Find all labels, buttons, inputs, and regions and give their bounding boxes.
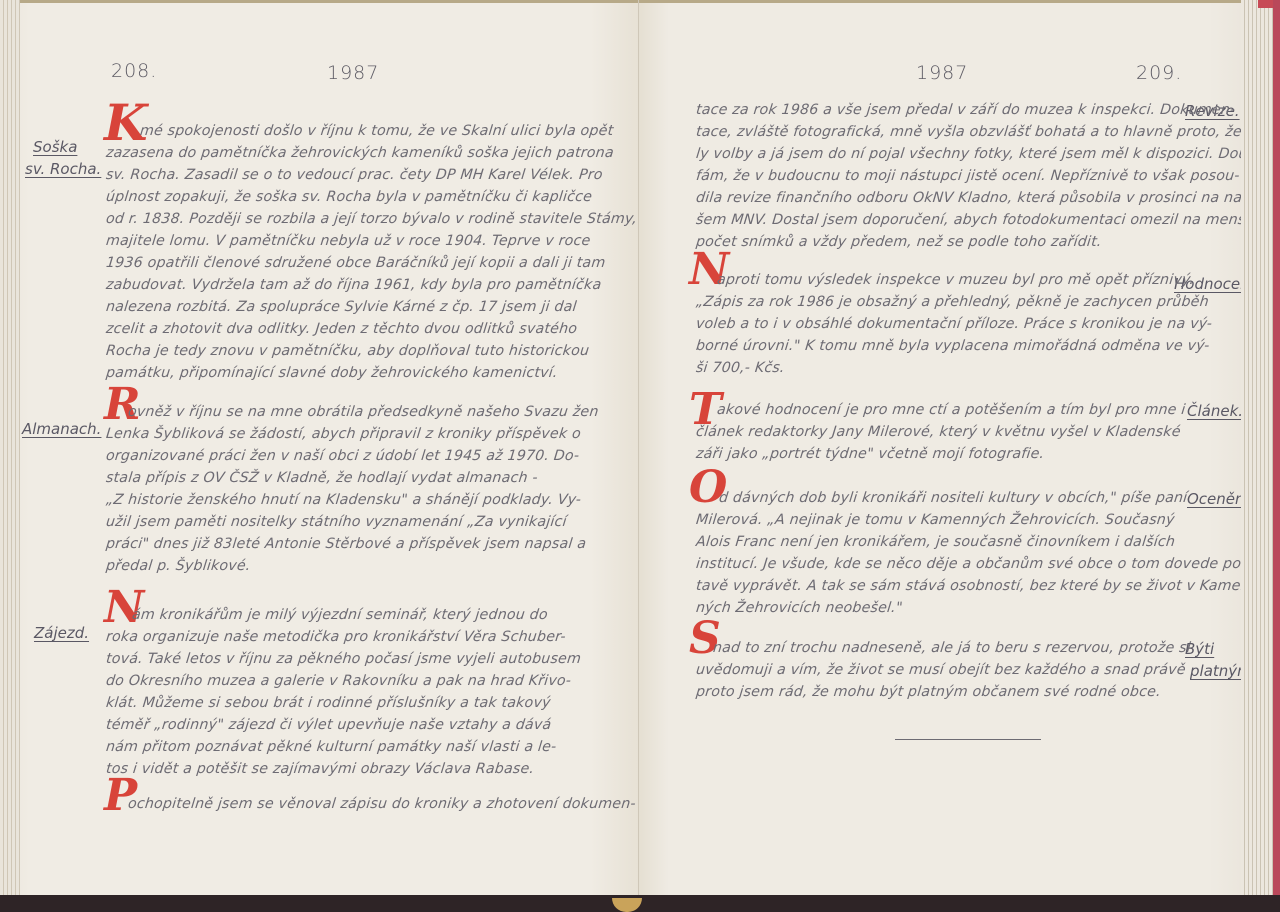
text-line: ochopitelně jsem se věnoval zápisu do kr… — [127, 796, 636, 812]
text-line: fám, že v budoucnu to moji nástupci jist… — [695, 168, 1240, 184]
text-line: užil jsem paměti nositelky státního vyzn… — [105, 514, 567, 530]
text-line: do Okresního muzea a galerie v Rakovníku… — [105, 673, 572, 689]
text-line: uvědomuji a vím, že život se musí obejít… — [695, 662, 1186, 678]
text-line: „Z historie ženského hnutí na Kladensku"… — [105, 492, 582, 508]
text-line: počet snímků a vždy předem, než se podle… — [695, 234, 1102, 250]
text-line: ných Žehrovicích neobešel." — [695, 600, 903, 616]
text-line: zabudovat. Vydržela tam až do října 1961… — [105, 277, 602, 293]
text-line: tace, zvláště fotografická, mně vyšla ob… — [695, 124, 1270, 140]
text-line: Milerová. „A nejinak je tomu v Kamenných… — [695, 512, 1175, 528]
text-line: tace za rok 1986 a vše jsem předal v zář… — [695, 102, 1236, 118]
section-end-rule — [895, 739, 1041, 740]
text-line: aproti tomu výsledek inspekce v muzeu by… — [716, 272, 1195, 288]
text-line: Rocha je tedy znovu v pamětníčku, aby do… — [105, 343, 590, 359]
text-line: úplnost zopakuji, že soška sv. Rocha byl… — [105, 189, 593, 205]
text-line: „Zápis za rok 1986 je obsažný a přehledn… — [695, 294, 1210, 310]
text-line: majitele lomu. V pamětníčku nebyla už v … — [105, 233, 591, 249]
text-line: článek redaktorky Jany Milerové, který v… — [695, 424, 1181, 440]
text-line: zcelit a zhotovit dva odlitky. Jeden z t… — [105, 321, 578, 337]
text-line: památku, připomínající slavné doby žehro… — [105, 365, 558, 381]
text-line: nalezena rozbitá. Za spolupráce Sylvie K… — [105, 299, 577, 315]
text-line: Lenka Šybliková se žádostí, abych připra… — [105, 426, 582, 442]
text-line: tos i vidět a potěšit se zajímavými obra… — [105, 761, 535, 777]
text-line: ši 700,- Kčs. — [695, 360, 785, 376]
text-line: ly volby a já jsem do ní pojal všechny f… — [695, 146, 1254, 162]
text-line: téměř „rodinný" zájezd či výlet upevňuje… — [105, 717, 552, 733]
text-line: borné úrovni." K tomu mně byla vyplacena… — [695, 338, 1210, 354]
text-line: d dávných dob byli kronikáři nositeli ku… — [718, 490, 1188, 506]
page-top-edge — [20, 0, 638, 3]
page-top-edge — [639, 0, 1241, 3]
text-line: mé spokojenosti došlo v říjnu k tomu, že… — [139, 123, 614, 139]
left-page: 208. 1987 K Soška sv. Rocha. mé spokojen… — [0, 0, 639, 895]
margin-note-almanach: Almanach. — [22, 420, 101, 438]
text-line: organizované práci žen v naší obci z údo… — [105, 448, 580, 464]
text-line: institucí. Je všude, kde se něco děje a … — [695, 556, 1247, 572]
page-stack-edge-right — [1241, 0, 1273, 897]
margin-note-clanek: Článek. — [1187, 402, 1243, 420]
text-line: od r. 1838. Později se rozbila a její to… — [105, 211, 638, 227]
text-line: 1936 opatřili členové sdružené obce Bará… — [105, 255, 606, 271]
text-line: nám přitom poznávat pěkné kulturní památ… — [105, 739, 557, 755]
text-line: sv. Rocha. Zasadil se o to vedoucí prac.… — [105, 167, 603, 183]
text-line: stala přípis z OV ČSŽ v Kladně, že hodla… — [105, 470, 538, 486]
book-cover-edge — [1273, 0, 1280, 897]
margin-note-sv-rocha: sv. Rocha. — [25, 160, 101, 178]
text-line: šem MNV. Dostal jsem doporučení, abych f… — [695, 212, 1250, 228]
text-line: předal p. Šyblikové. — [105, 558, 251, 574]
text-line: záři jako „portrét týdne" včetně mojí fo… — [695, 446, 1045, 462]
text-line: tová. Také letos v říjnu za pěkného poča… — [105, 651, 582, 667]
text-line: klát. Můžeme si sebou brát i rodinné pří… — [105, 695, 551, 711]
page-stack-edge-left — [0, 0, 20, 895]
margin-note-soska: Soška — [33, 138, 77, 156]
text-line: zazasena do pamětníčka žehrovických kame… — [105, 145, 614, 161]
text-line: Alois Franc není jen kronikářem, je souč… — [695, 534, 1176, 550]
open-chronicle-book: 208. 1987 K Soška sv. Rocha. mé spokojen… — [0, 0, 1280, 897]
text-line: práci" dnes již 83leté Antonie Stěrbové … — [105, 536, 587, 552]
text-line: ám kronikářům je milý výjezdní seminář, … — [131, 607, 548, 623]
text-line: voleb a to i v obsáhlé dokumentační příl… — [695, 316, 1213, 332]
text-line: ovněž v říjnu se na mne obrátila předsed… — [127, 404, 599, 420]
text-line: tavě vyprávět. A tak se sám stává osobno… — [695, 578, 1256, 594]
text-line: nad to zní trochu nadneseně, ale já to b… — [712, 640, 1192, 656]
year-header-left: 1987 — [327, 62, 379, 84]
text-line: proto jsem rád, že mohu být platným obča… — [695, 684, 1162, 700]
page-number-right: 209. — [1136, 62, 1182, 84]
text-line: roka organizuje naše metodička pro kroni… — [105, 629, 566, 645]
text-line: dila revize finančního odboru OkNV Kladn… — [695, 190, 1248, 206]
right-page: 1987 209. Revize. tace za rok 1986 a vše… — [639, 0, 1241, 895]
year-header-right: 1987 — [916, 62, 968, 84]
margin-note-zajezd: Zájezd. — [34, 624, 89, 642]
page-number-left: 208. — [111, 60, 157, 82]
text-line: akové hodnocení je pro mne ctí a potěšen… — [716, 402, 1186, 418]
